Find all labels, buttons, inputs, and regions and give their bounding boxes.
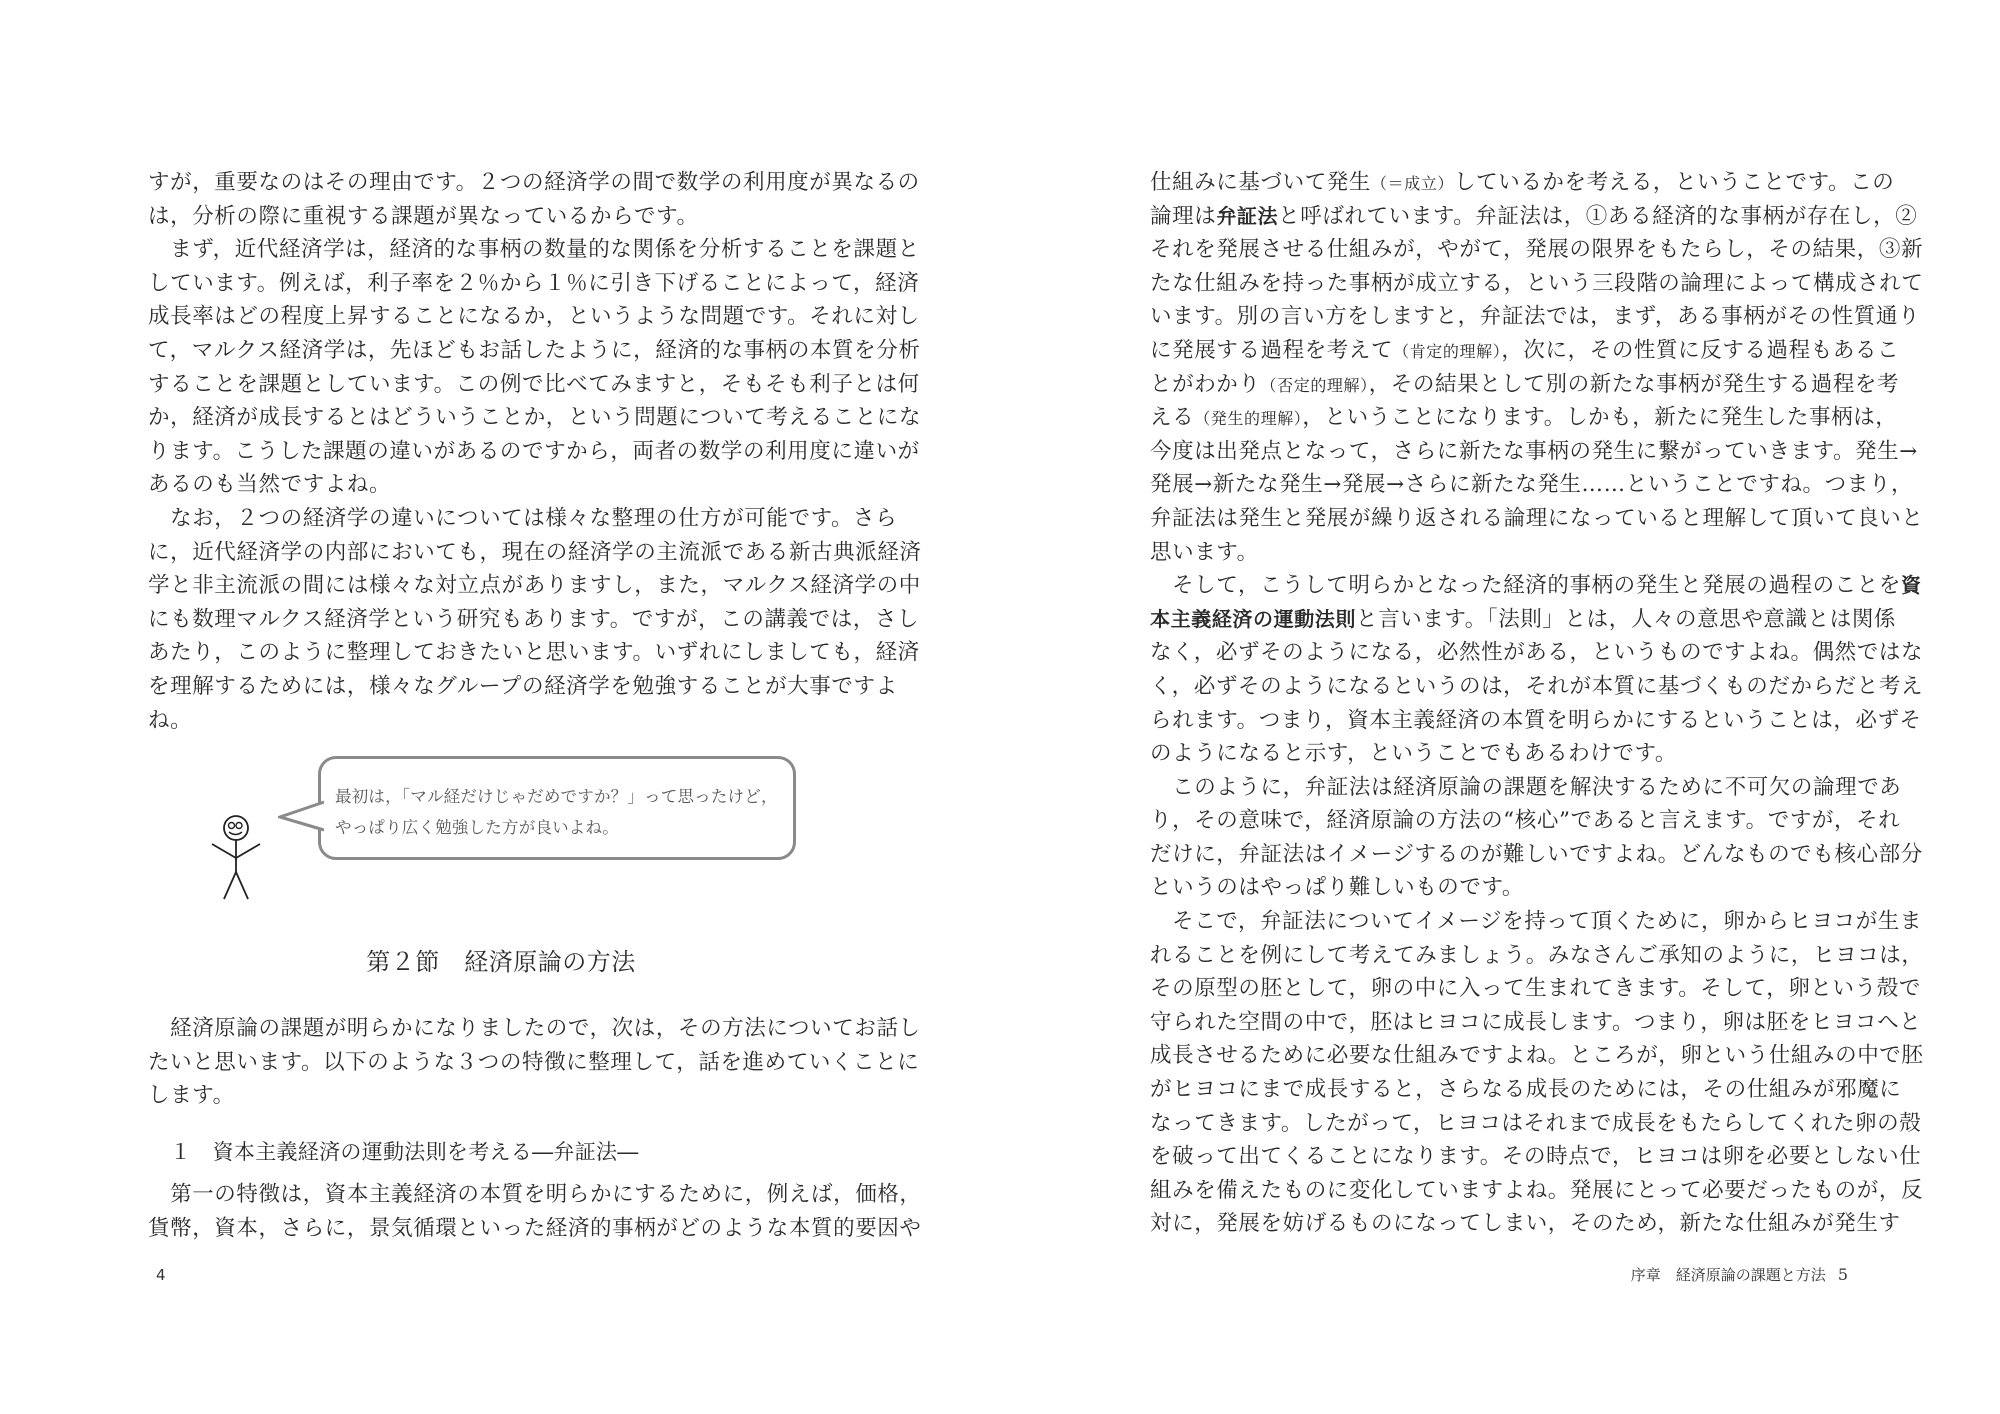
text-line: なく，必ずそのようになる，必然性がある，というものですよね。偶然ではな bbox=[1150, 636, 1856, 670]
text-segment: 弁証法は発生と発展が繰り返される論理になっていると理解して頂いて良いと bbox=[1150, 506, 1924, 531]
text-segment: 組みを備えたものに変化していますよね。発展にとって必要だったものが，反 bbox=[1150, 1178, 1923, 1203]
text-line: たな仕組みを持った事柄が成立する，という三段階の論理によって構成されて bbox=[1150, 267, 1856, 301]
text-line: 対に，発展を妨げるものになってしまい，そのため，新たな仕組みが発生す bbox=[1150, 1207, 1856, 1241]
text-line: り，その意味で，経済原論の方法の“核心”であると言えます。ですが，それ bbox=[1150, 804, 1856, 838]
speech-bubble-tail-icon bbox=[278, 800, 324, 832]
text-line: だけに，弁証法はイメージするのが難しいですよね。どんなものでも核心部分 bbox=[1150, 838, 1856, 872]
text-segment: く，必ずそのようになるというのは，それが本質に基づくものだからだと考え bbox=[1150, 674, 1923, 699]
text-line: ります。こうした課題の違いがあるのですから，両者の数学の利用度に違いが bbox=[148, 435, 854, 469]
text-line: 組みを備えたものに変化していますよね。発展にとって必要だったものが，反 bbox=[1150, 1174, 1856, 1208]
text-line: 成長させるために必要な仕組みですよね。ところが，卵という仕組みの中で胚 bbox=[1150, 1039, 1856, 1073]
text-line: というのはやっぱり難しいものです。 bbox=[1150, 871, 1856, 905]
text-line: 第一の特徴は，資本主義経済の本質を明らかにするために，例えば，価格， bbox=[148, 1178, 854, 1212]
text-line: 論理は弁証法と呼ばれています。弁証法は，①ある経済的な事柄が存在し，② bbox=[1150, 200, 1856, 234]
text-segment: られます。つまり，資本主義経済の本質を明らかにするということは，必ずそ bbox=[1150, 708, 1922, 733]
emphasized-term: 資 bbox=[1901, 573, 1922, 597]
stick-figure-icon bbox=[206, 812, 266, 912]
speech-bubble-illustration: 最初は，「マル経だけじゃだめですか？」って思ったけど， やっぱり広く勉強した方が… bbox=[198, 752, 818, 912]
text-segment: と呼ばれています。弁証法は，①ある経済的な事柄が存在し，② bbox=[1278, 204, 1917, 229]
text-line: あるのも当然ですよね。 bbox=[148, 468, 854, 502]
text-segment: のようになると示す，ということでもあるわけです。 bbox=[1150, 741, 1677, 766]
text-line: このように，弁証法は経済原論の課題を解決するために不可欠の論理であ bbox=[1150, 771, 1856, 805]
text-line: か，経済が成長するとはどういうことか，という問題について考えることにな bbox=[148, 401, 854, 435]
text-segment: なってきます。したがって，ヒヨコはそれまで成長をもたらしてくれた卵の殻 bbox=[1150, 1111, 1921, 1136]
text-segment: 論理は bbox=[1150, 204, 1216, 229]
text-segment: 守られた空間の中で，胚はヒヨコに成長します。つまり，卵は胚をヒヨコへと bbox=[1150, 1010, 1921, 1035]
text-segment: たな仕組みを持った事柄が成立する，という三段階の論理によって構成されて bbox=[1150, 271, 1924, 296]
text-line: 仕組みに基づいて発生（＝成立）しているかを考える，ということです。この bbox=[1150, 166, 1856, 200]
bubble-line: 最初は，「マル経だけじゃだめですか？」って思ったけど， bbox=[335, 781, 793, 812]
text-line: とがわかり（否定的理解），その結果として別の新たな事柄が発生する過程を考 bbox=[1150, 368, 1856, 402]
left-body-text: すが，重要なのはその理由です。２つの経済学の間で数学の利用度が異なるのは，分析の… bbox=[148, 166, 854, 737]
text-line: 経済原論の課題が明らかになりましたので，次は，その方法についてお話し bbox=[148, 1012, 854, 1046]
text-segment: と言います。「法則」とは，人々の意思や意識とは関係 bbox=[1356, 607, 1896, 632]
text-segment: なく，必ずそのようになる，必然性がある，というものですよね。偶然ではな bbox=[1150, 640, 1923, 665]
emphasized-term: 本主義経済の運動法則 bbox=[1150, 607, 1356, 631]
text-segment: しているかを考える，ということです。この bbox=[1454, 170, 1894, 195]
text-line: 今度は出発点となって，さらに新たな事柄の発生に繋がっていきます。発生→ bbox=[1150, 435, 1856, 469]
text-line: そこで，弁証法についてイメージを持って頂くために，卵からヒヨコが生ま bbox=[1150, 905, 1856, 939]
parenthetical-note: （肯定的理解） bbox=[1393, 342, 1501, 361]
right-body-text: 仕組みに基づいて発生（＝成立）しているかを考える，ということです。この論理は弁証… bbox=[1150, 166, 1856, 1241]
text-segment: このように，弁証法は経済原論の課題を解決するために不可欠の論理であ bbox=[1150, 775, 1901, 800]
text-line: 貨幣，資本，さらに，景気循環といった経済的事柄がどのような本質的要因や bbox=[148, 1212, 854, 1246]
text-segment: に発展する過程を考えて bbox=[1150, 338, 1393, 363]
text-line: することを課題としています。この例で比べてみますと，そもそも利子とは何 bbox=[148, 368, 854, 402]
text-line: に，近代経済学の内部においても，現在の経済学の主流派である新古典派経済 bbox=[148, 536, 854, 570]
text-line: 成長率はどの程度上昇することになるか，というような問題です。それに対し bbox=[148, 300, 854, 334]
text-line: 発展→新たな発生→発展→さらに新たな発生……ということですね。つまり， bbox=[1150, 468, 1856, 502]
text-segment: ，その結果として別の新たな事柄が発生する過程を考 bbox=[1369, 372, 1899, 397]
parenthetical-note: （＝成立） bbox=[1371, 174, 1454, 193]
text-line: える（発生的理解），ということになります。しかも，新たに発生した事柄は， bbox=[1150, 401, 1856, 435]
text-line: れることを例にして考えてみましょう。みなさんご承知のように，ヒヨコは， bbox=[1150, 939, 1856, 973]
text-line: それを発展させる仕組みが，やがて，発展の限界をもたらし，その結果，③新 bbox=[1150, 233, 1856, 267]
page-number: 5 bbox=[1838, 1265, 1848, 1284]
text-line: しています。例えば，利子率を２％から１％に引き下げることによって，経済 bbox=[148, 267, 854, 301]
text-line: は，分析の際に重視する課題が異なっているからです。 bbox=[148, 200, 854, 234]
running-footer: 序章 経済原論の課題と方法5 bbox=[1631, 1264, 1848, 1285]
page-number: 4 bbox=[156, 1266, 166, 1284]
subsection-title: １ 資本主義経済の運動法則を考える―弁証法― bbox=[170, 1136, 639, 1166]
text-line: に発展する過程を考えて（肯定的理解），次に，その性質に反する過程もあるこ bbox=[1150, 334, 1856, 368]
emphasized-term: 弁証法 bbox=[1216, 204, 1278, 228]
text-segment: れることを例にして考えてみましょう。みなさんご承知のように，ヒヨコは， bbox=[1150, 943, 1924, 968]
text-line: ね。 bbox=[148, 704, 854, 738]
text-line: その原型の胚として，卵の中に入って生まれてきます。そして，卵という殻で bbox=[1150, 972, 1856, 1006]
text-line: すが，重要なのはその理由です。２つの経済学の間で数学の利用度が異なるの bbox=[148, 166, 854, 200]
text-line: を破って出てくることになります。その時点で，ヒヨコは卵を必要としない仕 bbox=[1150, 1140, 1856, 1174]
text-line: あたり，このように整理しておきたいと思います。いずれにしましても，経済 bbox=[148, 636, 854, 670]
text-segment: り，その意味で，経済原論の方法の“核心”であると言えます。ですが，それ bbox=[1150, 808, 1900, 833]
text-segment: 今度は出発点となって，さらに新たな事柄の発生に繋がっていきます。発生→ bbox=[1150, 439, 1918, 464]
text-segment: います。別の言い方をしますと，弁証法では，まず，ある事柄がその性質通り bbox=[1150, 304, 1920, 329]
section-intro: 経済原論の課題が明らかになりましたので，次は，その方法についてお話し たいと思い… bbox=[148, 1012, 854, 1113]
text-segment: それを発展させる仕組みが，やがて，発展の限界をもたらし，その結果，③新 bbox=[1150, 237, 1923, 262]
speech-bubble: 最初は，「マル経だけじゃだめですか？」って思ったけど， やっぱり広く勉強した方が… bbox=[318, 756, 796, 860]
text-line: います。別の言い方をしますと，弁証法では，まず，ある事柄がその性質通り bbox=[1150, 300, 1856, 334]
left-page: すが，重要なのはその理由です。２つの経済学の間で数学の利用度が異なるのは，分析の… bbox=[0, 0, 1000, 1414]
text-line: を理解するためには，様々なグループの経済学を勉強することが大事ですよ bbox=[148, 670, 854, 704]
text-segment: 成長させるために必要な仕組みですよね。ところが，卵という仕組みの中で胚 bbox=[1150, 1043, 1924, 1068]
text-segment: 発展→新たな発生→発展→さらに新たな発生……ということですね。つまり， bbox=[1150, 472, 1913, 497]
text-segment: がヒヨコにまで成長すると，さらなる成長のためには，その仕組みが邪魔に bbox=[1150, 1077, 1901, 1102]
bubble-line: やっぱり広く勉強した方が良いよね。 bbox=[335, 812, 793, 843]
text-line: 本主義経済の運動法則と言います。「法則」とは，人々の意思や意識とは関係 bbox=[1150, 603, 1856, 637]
right-page: 仕組みに基づいて発生（＝成立）しているかを考える，ということです。この論理は弁証… bbox=[1000, 0, 2000, 1414]
text-line: 学と非主流派の間には様々な対立点がありますし，また，マルクス経済学の中 bbox=[148, 569, 854, 603]
text-line: 思います。 bbox=[1150, 536, 1856, 570]
text-line: 守られた空間の中で，胚はヒヨコに成長します。つまり，卵は胚をヒヨコへと bbox=[1150, 1006, 1856, 1040]
text-segment: 仕組みに基づいて発生 bbox=[1150, 170, 1371, 195]
text-segment: というのはやっぱり難しいものです。 bbox=[1150, 875, 1524, 900]
text-segment: える bbox=[1150, 405, 1194, 430]
text-line: 弁証法は発生と発展が繰り返される論理になっていると理解して頂いて良いと bbox=[1150, 502, 1856, 536]
text-line: にも数理マルクス経済学という研究もあります。ですが，この講義では，さし bbox=[148, 603, 854, 637]
text-line: のようになると示す，ということでもあるわけです。 bbox=[1150, 737, 1856, 771]
text-segment: だけに，弁証法はイメージするのが難しいですよね。どんなものでも核心部分 bbox=[1150, 842, 1923, 867]
text-segment: を破って出てくることになります。その時点で，ヒヨコは卵を必要としない仕 bbox=[1150, 1144, 1921, 1169]
text-segment: そこで，弁証法についてイメージを持って頂くために，卵からヒヨコが生ま bbox=[1150, 909, 1922, 934]
parenthetical-note: （否定的理解） bbox=[1261, 376, 1369, 395]
text-line: く，必ずそのようになるというのは，それが本質に基づくものだからだと考え bbox=[1150, 670, 1856, 704]
text-segment: 思います。 bbox=[1150, 540, 1259, 565]
text-line: たいと思います。以下のような３つの特徴に整理して，話を進めていくことに bbox=[148, 1046, 854, 1080]
text-line: なお，２つの経済学の違いについては様々な整理の仕方が可能です。さら bbox=[148, 502, 854, 536]
text-segment: そして，こうして明らかとなった経済的事柄の発生と発展の過程のことを bbox=[1150, 573, 1901, 598]
text-line: て，マルクス経済学は，先ほどもお話したように，経済的な事柄の本質を分析 bbox=[148, 334, 854, 368]
text-segment: 対に，発展を妨げるものになってしまい，そのため，新たな仕組みが発生す bbox=[1150, 1211, 1901, 1236]
section-title: 第２節 経済原論の方法 bbox=[148, 942, 854, 977]
text-line: られます。つまり，資本主義経済の本質を明らかにするということは，必ずそ bbox=[1150, 704, 1856, 738]
text-segment: その原型の胚として，卵の中に入って生まれてきます。そして，卵という殻で bbox=[1150, 976, 1921, 1001]
text-segment: とがわかり bbox=[1150, 372, 1261, 397]
text-line: そして，こうして明らかとなった経済的事柄の発生と発展の過程のことを資 bbox=[1150, 569, 1856, 603]
text-line: がヒヨコにまで成長すると，さらなる成長のためには，その仕組みが邪魔に bbox=[1150, 1073, 1856, 1107]
chapter-title: 序章 経済原論の課題と方法 bbox=[1631, 1266, 1826, 1284]
text-line: します。 bbox=[148, 1079, 854, 1113]
text-segment: ，ということになります。しかも，新たに発生した事柄は， bbox=[1302, 405, 1897, 430]
subsection-body: 第一の特徴は，資本主義経済の本質を明らかにするために，例えば，価格， 貨幣，資本… bbox=[148, 1178, 854, 1245]
text-line: まず，近代経済学は，経済的な事柄の数量的な関係を分析することを課題と bbox=[148, 233, 854, 267]
parenthetical-note: （発生的理解） bbox=[1194, 409, 1302, 428]
text-line: なってきます。したがって，ヒヨコはそれまで成長をもたらしてくれた卵の殻 bbox=[1150, 1107, 1856, 1141]
text-segment: ，次に，その性質に反する過程もあるこ bbox=[1501, 338, 1899, 363]
